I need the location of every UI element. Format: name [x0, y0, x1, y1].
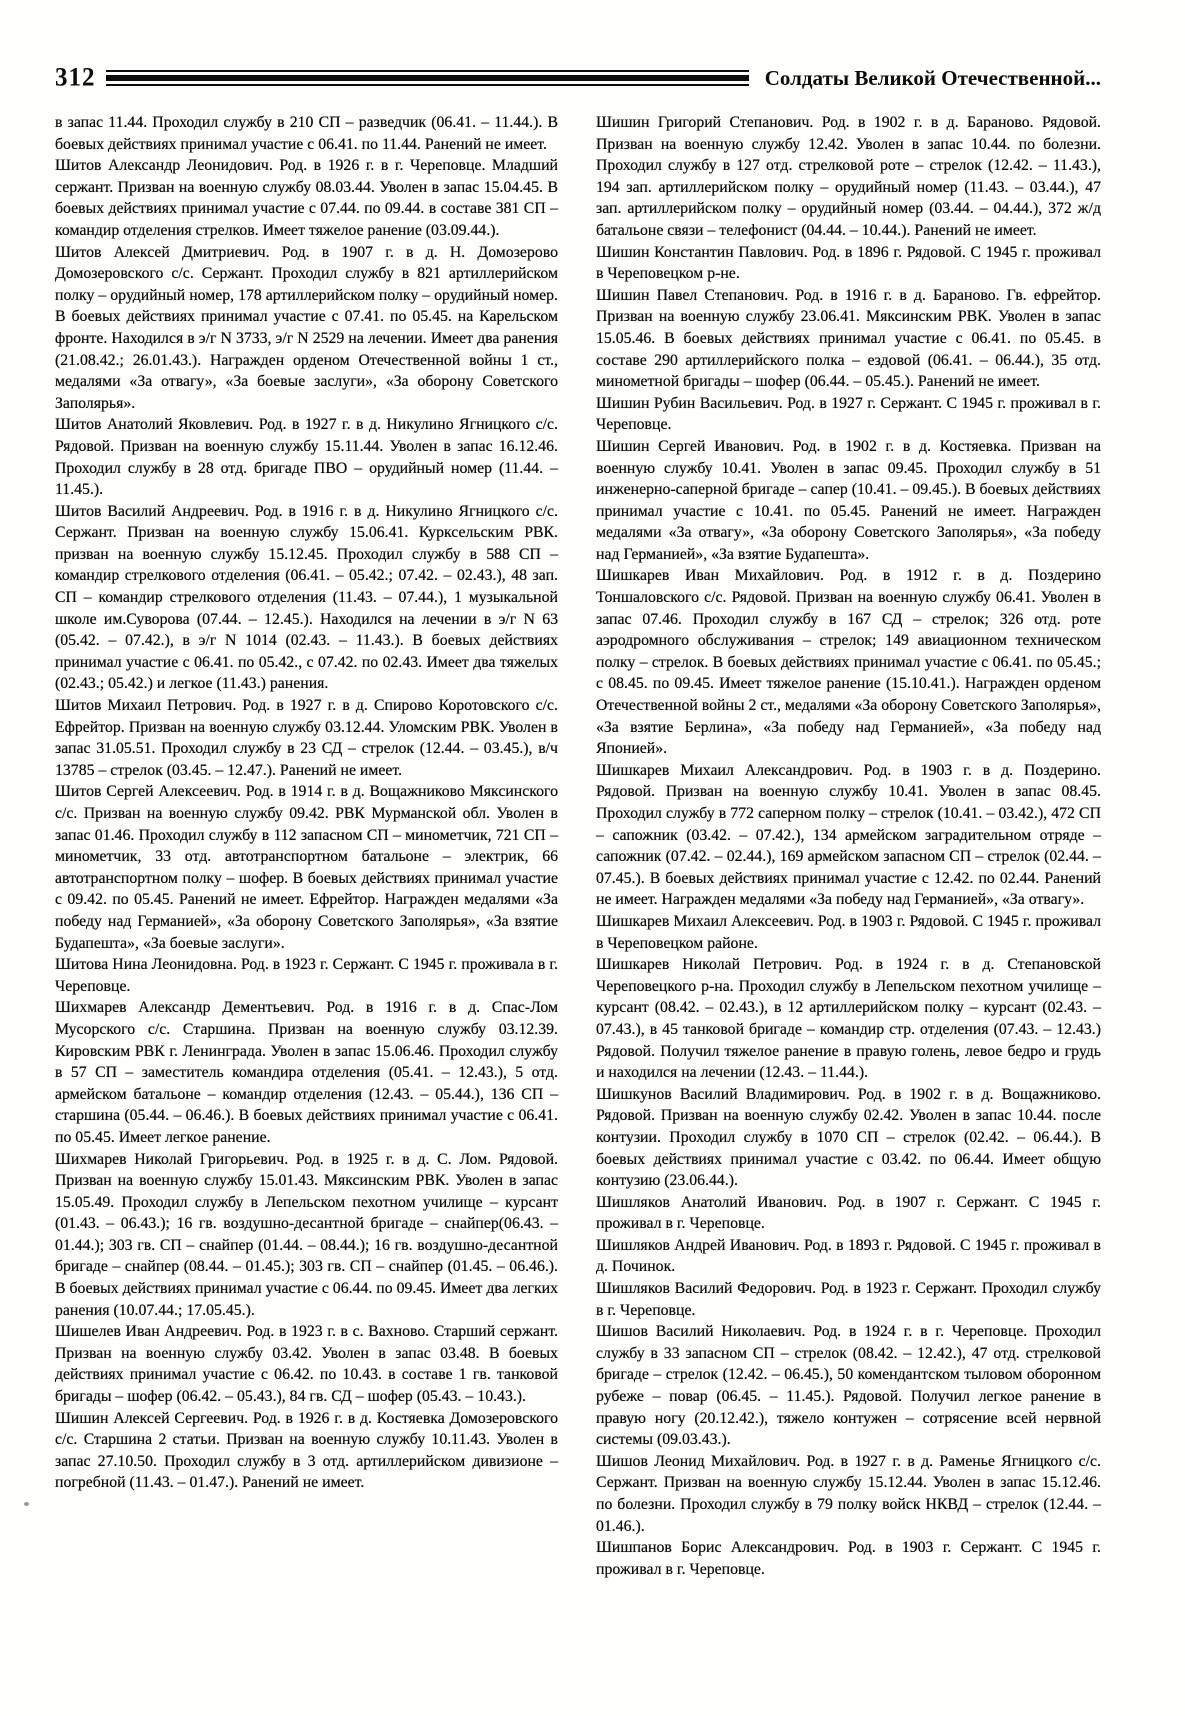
soldier-entry: Шитов Сергей Алексеевич. Род. в 1914 г. … — [55, 781, 558, 954]
header-rule-line — [106, 84, 749, 86]
soldier-entry: Шишкарев Михаил Александрович. Род. в 19… — [596, 760, 1101, 911]
left-column: в запас 11.44. Проходил службу в 210 СП … — [55, 112, 558, 1494]
soldier-entry: Шишов Леонид Михайлович. Род. в 1927 г. … — [596, 1451, 1101, 1537]
soldier-entry: Шихмарев Александр Дементьевич. Род. в 1… — [55, 997, 558, 1148]
soldier-entry: Шишин Константин Павлович. Род. в 1896 г… — [596, 242, 1101, 285]
soldier-entry: Шитов Анатолий Яковлевич. Род. в 1927 г.… — [55, 414, 558, 500]
soldier-entry: Шишляков Андрей Иванович. Род. в 1893 г.… — [596, 1235, 1101, 1278]
header-rule-line — [106, 70, 749, 72]
soldier-entry: Шишляков Василий Федорович. Род. в 1923 … — [596, 1278, 1101, 1321]
soldier-entry: Шишов Василий Николаевич. Род. в 1924 г.… — [596, 1321, 1101, 1451]
soldier-entry: Шишкарев Николай Петрович. Род. в 1924 г… — [596, 954, 1101, 1084]
text-body: в запас 11.44. Проходил службу в 210 СП … — [55, 112, 1101, 1580]
soldier-entry: Шитов Василий Андреевич. Род. в 1916 г. … — [55, 501, 558, 695]
header-rule — [106, 70, 749, 86]
running-head: 312 Солдаты Великой Отечественной... — [55, 58, 1101, 98]
soldier-entry: Шихмарев Николай Григорьевич. Род. в 192… — [55, 1149, 558, 1322]
soldier-entry: Шишин Павел Степанович. Род. в 1916 г. в… — [596, 285, 1101, 393]
soldier-entry: Шитов Алексей Дмитриевич. Род. в 1907 г.… — [55, 242, 558, 415]
soldier-entry: Шишпанов Борис Александрович. Род. в 190… — [596, 1537, 1101, 1580]
soldier-entry: Шишкунов Василий Владимирович. Род. в 19… — [596, 1084, 1101, 1192]
entry-continuation: в запас 11.44. Проходил службу в 210 СП … — [55, 112, 558, 155]
soldier-entry: Шишкарев Иван Михайлович. Род. в 1912 г.… — [596, 565, 1101, 759]
soldier-entry: Шишин Рубин Васильевич. Род. в 1927 г. С… — [596, 393, 1101, 436]
soldier-entry: Шишкарев Михаил Алексеевич. Род. в 1903 … — [596, 911, 1101, 954]
soldier-entry: Шишин Алексей Сергеевич. Род. в 1926 г. … — [55, 1408, 558, 1494]
soldier-entry: Шитова Нина Леонидовна. Род. в 1923 г. С… — [55, 954, 558, 997]
scan-speck — [24, 1502, 29, 1506]
page-title: Солдаты Великой Отечественной... — [765, 66, 1101, 91]
soldier-entry: Шишин Сергей Иванович. Род. в 1902 г. в … — [596, 436, 1101, 566]
page-number: 312 — [55, 63, 96, 92]
soldier-entry: Шишин Григорий Степанович. Род. в 1902 г… — [596, 112, 1101, 242]
soldier-entry: Шитов Александр Леонидович. Род. в 1926 … — [55, 155, 558, 241]
soldier-entry: Шишелев Иван Андреевич. Род. в 1923 г. в… — [55, 1321, 558, 1407]
header-rule-bar — [106, 75, 749, 81]
soldier-entry: Шитов Михаил Петрович. Род. в 1927 г. в … — [55, 695, 558, 781]
soldier-entry: Шишляков Анатолий Иванович. Род. в 1907 … — [596, 1192, 1101, 1235]
right-column: Шишин Григорий Степанович. Род. в 1902 г… — [596, 112, 1101, 1580]
scanned-book-page: 312 Солдаты Великой Отечественной... в з… — [0, 0, 1185, 1716]
